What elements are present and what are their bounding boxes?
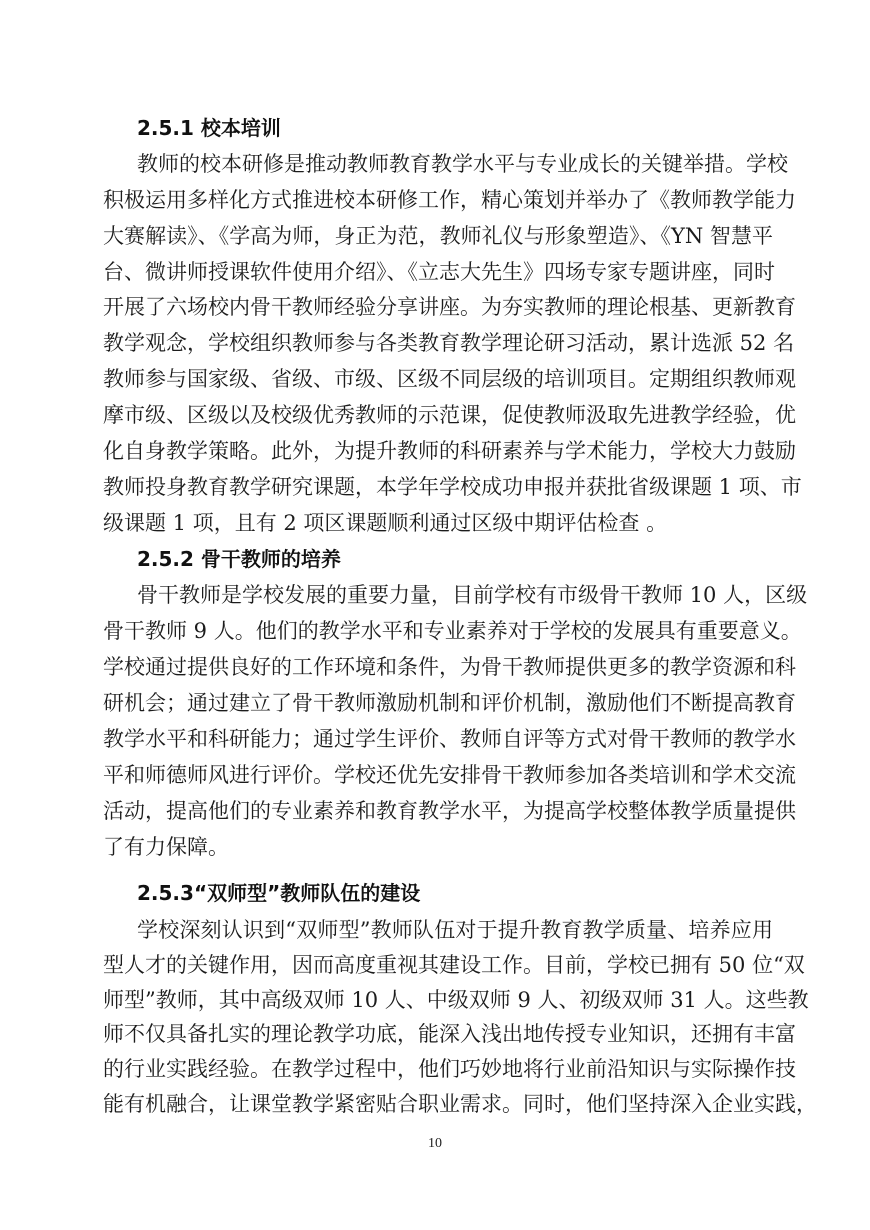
paragraph-line: 积极运用多样化方式推进校本研修工作，精心策划并举办了《教师教学能力 [103,182,773,218]
paragraph-line: 型人才的关键作用，因而高度重视其建设工作。目前，学校已拥有 50 位“双 [103,947,773,983]
paragraph-line: 摩市级、区级以及校级优秀教师的示范课，促使教师汲取先进教学经验，优 [103,397,773,433]
section-heading-2-5-2: 2.5.2 骨干教师的培养 [137,541,341,577]
paragraph-line: 平和师德师风进行评价。学校还优先安排骨干教师参加各类培训和学术交流 [103,757,773,793]
paragraph-line: 教师投身教育教学研究课题，本学年学校成功申报并获批省级课题 1 项、市 [103,469,773,505]
paragraph-line: 骨干教师是学校发展的重要力量，目前学校有市级骨干教师 10 人，区级 [103,577,773,613]
paragraph-line: 师不仅具备扎实的理论教学功底，能深入浅出地传授专业知识，还拥有丰富 [103,1016,773,1052]
paragraph-line: 教学观念，学校组织教师参与各类教育教学理论研习活动，累计选派 52 名 [103,325,773,361]
page-number: 10 [0,1136,870,1152]
paragraph-line: 大赛解读》、《学高为师，身正为范，教师礼仪与形象塑造》、《YN 智慧平 [103,218,773,254]
paragraph-line: 台、微讲师授课软件使用介绍》、《立志大先生》四场专家专题讲座，同时 [103,254,773,290]
paragraph-line: 化自身教学策略。此外，为提升教师的科研素养与学术能力，学校大力鼓励 [103,433,773,469]
section-heading-2-5-1: 2.5.1 校本培训 [137,110,281,146]
paragraph-line: 学校通过提供良好的工作环境和条件，为骨干教师提供更多的教学资源和科 [103,649,773,685]
paragraph-line: 级课题 1 项，且有 2 项区课题顺利通过区级中期评估检查 。 [103,505,773,541]
paragraph-line: 活动，提高他们的专业素养和教育教学水平，为提高学校整体教学质量提供 [103,793,773,829]
paragraph-line: 教学水平和科研能力；通过学生评价、教师自评等方式对骨干教师的教学水 [103,721,773,757]
document-page: 2.5.1 校本培训 教师的校本研修是推动教师教育教学水平与专业成长的关键举措。… [0,0,870,1230]
paragraph-line: 研机会；通过建立了骨干教师激励机制和评价机制，激励他们不断提高教育 [103,685,773,721]
paragraph-line: 教师参与国家级、省级、市级、区级不同层级的培训项目。定期组织教师观 [103,361,773,397]
paragraph-line: 教师的校本研修是推动教师教育教学水平与专业成长的关键举措。学校 [103,146,773,182]
paragraph-line: 的行业实践经验。在教学过程中，他们巧妙地将行业前沿知识与实际操作技 [103,1051,773,1087]
paragraph-line: 骨干教师 9 人。他们的教学水平和专业素养对于学校的发展具有重要意义。 [103,613,773,649]
paragraph-line: 了有力保障。 [103,829,773,865]
paragraph-line: 学校深刻认识到“双师型”教师队伍对于提升教育教学质量、培养应用 [103,912,773,948]
paragraph-line: 师型”教师，其中高级双师 10 人、中级双师 9 人、初级双师 31 人。这些教 [103,982,773,1018]
section-heading-2-5-3: 2.5.3“双师型”教师队伍的建设 [137,875,420,911]
paragraph-line: 开展了六场校内骨干教师经验分享讲座。为夯实教师的理论根基、更新教育 [103,289,773,325]
paragraph-line: 能有机融合，让课堂教学紧密贴合职业需求。同时，他们坚持深入企业实践， [103,1086,773,1122]
